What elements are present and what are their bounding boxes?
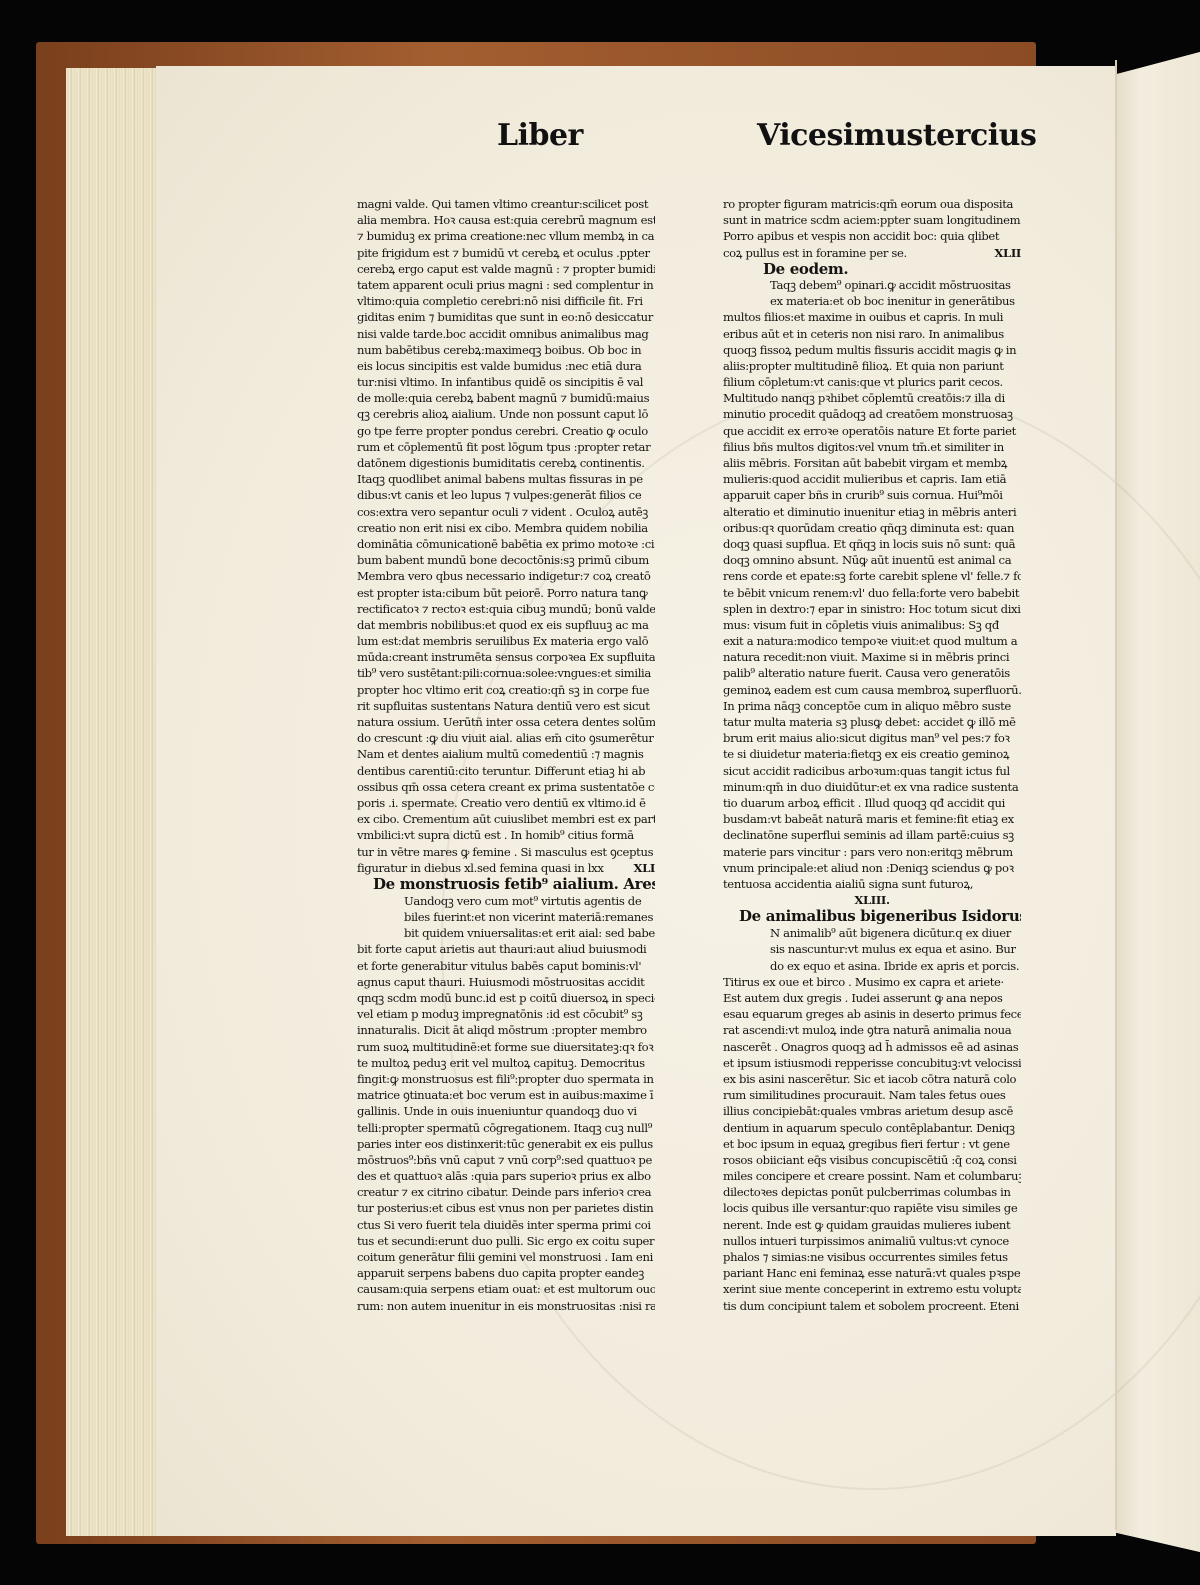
text-line: ro propter figuram matricis:qm̄ eorum ou… bbox=[723, 196, 1021, 212]
text-line: te si diuidetur materia:fietqꝫ ex eis cr… bbox=[723, 746, 1021, 762]
chapter-heading: De animalibus bigeneribus Isidorus bbox=[723, 908, 1021, 925]
text-line: locis quibus ille versantur:quo rapiēte … bbox=[723, 1200, 1021, 1216]
text-line: geminoꝝ eadem est cum causa membroꝝ supe… bbox=[723, 682, 1021, 698]
chapter-heading: De eodem. bbox=[723, 261, 1021, 277]
text-line: bum babent mundū bone decoctōnis:sꝫ prim… bbox=[357, 552, 655, 568]
text-line: que accidit ex erroꝛe operatōis nature E… bbox=[723, 423, 1021, 439]
text-line: ⁊ bumiduꝫ ex prima creatione:nec vllum m… bbox=[357, 228, 655, 244]
text-line: natura ossium. Uerūtñ inter ossa cetera … bbox=[357, 714, 655, 730]
text-line: tis dum concipiunt talem et sobolem proc… bbox=[723, 1298, 1021, 1314]
text-line: doqꝫ quasi supflua. Et qñqꝫ in locis sui… bbox=[723, 536, 1021, 552]
text-line: nerent. Inde est ꝙ quidam grauidas mulie… bbox=[723, 1217, 1021, 1233]
text-line: ex materia:et ob boc inenitur in generāt… bbox=[723, 293, 1021, 309]
text-line: alteratio et diminutio inuenitur etiaꝫ i… bbox=[723, 504, 1021, 520]
text-line: eis locus sincipitis est valde bumidus :… bbox=[357, 358, 655, 374]
gutter-fold bbox=[1115, 60, 1117, 1530]
text-line: N animalib⁹ aūt bigenera dicūtur.q ex di… bbox=[723, 925, 1021, 941]
text-line: est propter ista:cibum būt peiorē. Porro… bbox=[357, 585, 655, 601]
text-line: nascerēt . Onagros quoqꝫ ad h̄ admissos … bbox=[723, 1039, 1021, 1055]
text-line: do crescunt :ꝙ diu viuit aial. alias em̄… bbox=[357, 730, 655, 746]
text-line: giditas enim ⁊ bumiditas que sunt in eo:… bbox=[357, 309, 655, 325]
text-line: gallinis. Unde in ouis inueniuntur quand… bbox=[357, 1103, 655, 1119]
text-line: biles fuerint:et non vicerint materiā:re… bbox=[357, 909, 655, 925]
text-line: tib⁹ vero sustētant:pili:cornua:solee:vn… bbox=[357, 665, 655, 681]
text-line: Membra vero qbus necessario indigetur:⁊ … bbox=[357, 568, 655, 584]
text-line: apparuit caper bñs in crurib⁹ suis cornu… bbox=[723, 487, 1021, 503]
text-line: alia membra. Hoꝛ causa est:quia cerebrū … bbox=[357, 212, 655, 228]
text-line: creatio non erit nisi ex cibo. Membra qu… bbox=[357, 520, 655, 536]
text-line: phalos ⁊ simias:ne visibus occurrentes s… bbox=[723, 1249, 1021, 1265]
text-line: minum:qm̄ in duo diuidūtur:et ex vna rad… bbox=[723, 779, 1021, 795]
text-line: natura recedit:non viuit. Maxime si in m… bbox=[723, 649, 1021, 665]
text-line: ossibus qm̄ ossa cetera creant ex prima … bbox=[357, 779, 655, 795]
text-line: tur:nisi vltimo. In infantibus quidē os … bbox=[357, 374, 655, 390]
text-block: ro propter figuram matricis:qm̄ eorum ou… bbox=[723, 196, 1021, 245]
text-line: aliis mēbris. Forsitan aūt babebit virga… bbox=[723, 455, 1021, 471]
text-line: Uandoqꝫ vero cum mot⁹ virtutis agentis d… bbox=[357, 893, 655, 909]
text-line: matrice ꝯtinuata:et boc verum est in aui… bbox=[357, 1087, 655, 1103]
text-line: vnum principale:et aliud non :Deniqꝫ sci… bbox=[723, 860, 1021, 876]
chapter-end-line: figuratur in diebus xl.sed femina quasi … bbox=[357, 860, 655, 876]
text-line: propter hoc vltimo erit coꝝ creatio:qn̄ … bbox=[357, 682, 655, 698]
text-line: rum et cōplementū fit post lōgum tpus :p… bbox=[357, 439, 655, 455]
running-head-left: Liber bbox=[497, 118, 583, 153]
text-line: tur posterius:et cibus est vnus non per … bbox=[357, 1200, 655, 1216]
text-line: dilectoꝛes depictas ponūt pulcberrimas c… bbox=[723, 1184, 1021, 1200]
chapter-end-line: coꝝ pullus est in foramine per se. XLII bbox=[723, 245, 1021, 261]
text-block: Titirus ex oue et birco . Musimo ex capr… bbox=[723, 974, 1021, 1314]
text-line: poris .i. spermate. Creatio vero dentiū … bbox=[357, 795, 655, 811]
text-line: ex cibo. Crementum aūt cuiuslibet membri… bbox=[357, 811, 655, 827]
text-line: vmbilici:vt supra dictū est . In homib⁹ … bbox=[357, 827, 655, 843]
text-block: multos filios:et maxime in ouibus et cap… bbox=[723, 309, 1021, 892]
text-line: eribus aūt et in ceteris non nisi raro. … bbox=[723, 326, 1021, 342]
text-line: doqꝫ omnino absunt. Nūꝙ aūt inuentū est … bbox=[723, 552, 1021, 568]
text-line: xerint siue mente conceperint in extremo… bbox=[723, 1281, 1021, 1297]
text-line: coitum generātur filii gemini vel monstr… bbox=[357, 1249, 655, 1265]
text-line: pite frigidum est ⁊ bumidū vt cerebꝝ et … bbox=[357, 245, 655, 261]
text-line: de molle:quia cerebꝝ babent magnū ⁊ bumi… bbox=[357, 390, 655, 406]
text-line: des et quattuoꝛ alās :quia pars superioꝛ… bbox=[357, 1168, 655, 1184]
text-line: telli:propter spermatū cōgregationem. It… bbox=[357, 1120, 655, 1136]
text-line: datōnem digestionis bumiditatis cerebꝝ c… bbox=[357, 455, 655, 471]
text-line: magni valde. Qui tamen vltimo creantur:s… bbox=[357, 196, 655, 212]
text-line: sicut accidit radicibus arboꝛum:quas tan… bbox=[723, 763, 1021, 779]
text-line: coꝝ pullus est in foramine per se. bbox=[723, 245, 907, 261]
text-line: rum: non autem inuenitur in eis monstruo… bbox=[357, 1298, 655, 1314]
text-line: figuratur in diebus xl.sed femina quasi … bbox=[357, 860, 604, 876]
text-line: rectificatoꝛ ⁊ rectoꝛ est:quia cibuꝫ mun… bbox=[357, 601, 655, 617]
text-line: innaturalis. Dicit āt aliqd mōstrum :pro… bbox=[357, 1022, 655, 1038]
text-line: cos:extra vero sepantur oculi ⁊ vident .… bbox=[357, 504, 655, 520]
text-line: multos filios:et maxime in ouibus et cap… bbox=[723, 309, 1021, 325]
text-line: et ipsum istiusmodi repperisse concubitu… bbox=[723, 1055, 1021, 1071]
text-line: et boc ipsum in equaꝝ gregibus fieri fer… bbox=[723, 1136, 1021, 1152]
text-line: Multitudo nanqꝫ pꝛhibet cōplemtū creatōi… bbox=[723, 390, 1021, 406]
text-line: vltimo:quia completio cerebri:nō nisi di… bbox=[357, 293, 655, 309]
text-line: creatur ⁊ ex citrino cibatur. Deinde par… bbox=[357, 1184, 655, 1200]
text-line: tio duarum arboꝝ efficit . Illud quoqꝫ q… bbox=[723, 795, 1021, 811]
text-line: dibus:vt canis et leo lupus ⁊ vulpes:gen… bbox=[357, 487, 655, 503]
text-line: lum est:dat membris seruilibus Ex materi… bbox=[357, 633, 655, 649]
text-line: dat membris nobilibus:et quod ex eis sup… bbox=[357, 617, 655, 633]
text-line: dentibus carentiū:cito teruntur. Differu… bbox=[357, 763, 655, 779]
text-line: aliis:propter multitudinē filioꝝ. Et qui… bbox=[723, 358, 1021, 374]
text-line: apparuit serpens babens duo capita propt… bbox=[357, 1265, 655, 1281]
text-line: tur in vētre mares ꝙ femine . Si masculu… bbox=[357, 844, 655, 860]
text-line: qꝫ cerebris alioꝝ aialium. Unde non poss… bbox=[357, 406, 655, 422]
text-line: dentium in aquarum speculo contēplabantu… bbox=[723, 1120, 1021, 1136]
text-line: illius concipiebāt:quales vmbras arietum… bbox=[723, 1103, 1021, 1119]
text-line: dominātia cōmunicationē babētia ex primo… bbox=[357, 536, 655, 552]
chapter-number: XLII bbox=[994, 245, 1021, 261]
text-line: paries inter eos distinxerit:tūc generab… bbox=[357, 1136, 655, 1152]
text-line: rit supfluitas sustentans Natura dentiū … bbox=[357, 698, 655, 714]
text-line: esau equarum greges ab asinis in deserto… bbox=[723, 1006, 1021, 1022]
text-line: bit quidem vniuersalitas:et erit aial: s… bbox=[357, 925, 655, 941]
text-line: Nam et dentes aialium multū comedentiū :… bbox=[357, 746, 655, 762]
text-line: bit forte caput arietis aut thauri:aut a… bbox=[357, 941, 655, 957]
chapter-heading: De monstruosis fetib⁹ aialium. Aresto. bbox=[357, 876, 655, 893]
text-block-indented: N animalib⁹ aūt bigenera dicūtur.q ex di… bbox=[723, 925, 1021, 974]
text-line: mōstruos⁹:bñs vnū caput ⁊ vnū corp⁹:sed … bbox=[357, 1152, 655, 1168]
text-line: ctus Si vero fuerit tela diuidēs inter s… bbox=[357, 1217, 655, 1233]
text-line: rum suoꝝ multitudinē:et forme sue diuers… bbox=[357, 1039, 655, 1055]
text-line: agnus caput thauri. Huiusmodi mōstruosit… bbox=[357, 974, 655, 990]
text-line: rosos obiiciant eq̄s visibus concupiscēt… bbox=[723, 1152, 1021, 1168]
text-line: rens corde et epate:sꝫ forte carebit spl… bbox=[723, 568, 1021, 584]
text-line: exit a natura:modico tempoꝛe viuit:et qu… bbox=[723, 633, 1021, 649]
text-line: Itaqꝫ quodlibet animal babens multas fis… bbox=[357, 471, 655, 487]
text-block-indented: Uandoqꝫ vero cum mot⁹ virtutis agentis d… bbox=[357, 893, 655, 942]
text-line: splen in dextro:⁊ epar in sinistro: Hoc … bbox=[723, 601, 1021, 617]
text-column-left: magni valde. Qui tamen vltimo creantur:s… bbox=[357, 196, 655, 1314]
text-line: causam:quia serpens etiam ouat: et est m… bbox=[357, 1281, 655, 1297]
text-line: Titirus ex oue et birco . Musimo ex capr… bbox=[723, 974, 1021, 990]
text-line: miles concipere et creare possint. Nam e… bbox=[723, 1168, 1021, 1184]
text-line: Porro apibus et vespis non accidit boc: … bbox=[723, 228, 1021, 244]
text-line: minutio procedit quādoqꝫ ad creatōem mon… bbox=[723, 406, 1021, 422]
text-line: pariant Hanc eni feminaꝝ esse naturā:vt … bbox=[723, 1265, 1021, 1281]
text-line: quoqꝫ fissoꝝ pedum multis fissuris accid… bbox=[723, 342, 1021, 358]
text-line: go tpe ferre propter pondus cerebri. Cre… bbox=[357, 423, 655, 439]
text-line: declinatōne superflui seminis ad illam p… bbox=[723, 827, 1021, 843]
text-block: bit forte caput arietis aut thauri:aut a… bbox=[357, 941, 655, 1313]
text-line: tus et secundi:erunt duo pulli. Sic ergo… bbox=[357, 1233, 655, 1249]
text-line: mūda:creant instrumēta sensus corpoꝛea E… bbox=[357, 649, 655, 665]
text-line: num babētibus cerebꝝ:maximeqꝫ boibus. Ob… bbox=[357, 342, 655, 358]
chapter-number: XLIII. bbox=[723, 892, 1021, 908]
text-line: materie pars vincitur : pars vero non:er… bbox=[723, 844, 1021, 860]
text-column-right: ro propter figuram matricis:qm̄ eorum ou… bbox=[723, 196, 1021, 1314]
text-block: magni valde. Qui tamen vltimo creantur:s… bbox=[357, 196, 655, 860]
text-line: Taqꝫ debem⁹ opinari.ꝙ accidit mōstruosit… bbox=[723, 277, 1021, 293]
text-line: oribus:qꝛ quorūdam creatio qñqꝫ diminuta… bbox=[723, 520, 1021, 536]
text-line: te multoꝝ peduꝫ erit vel multoꝝ capituꝫ.… bbox=[357, 1055, 655, 1071]
text-line: rum similitudines procurauit. Nam tales … bbox=[723, 1087, 1021, 1103]
text-line: qnqꝫ scdm modū bunc.id est p coitū diuer… bbox=[357, 990, 655, 1006]
text-line: mulieris:quod accidit mulieribus et capr… bbox=[723, 471, 1021, 487]
text-line: nisi valde tarde.boc accidit omnibus ani… bbox=[357, 326, 655, 342]
text-line: cerebꝝ ergo caput est valde magnū : ⁊ pr… bbox=[357, 261, 655, 277]
text-line: filium cōpletum:vt canis:que vt plurics … bbox=[723, 374, 1021, 390]
text-line: nullos intueri turpissimos animaliū vult… bbox=[723, 1233, 1021, 1249]
text-line: In prima nāqꝫ conceptōe cum in aliquo mē… bbox=[723, 698, 1021, 714]
book-page-edges bbox=[66, 68, 158, 1536]
text-line: sunt in matrice scdm aciem:ppter suam lo… bbox=[723, 212, 1021, 228]
text-line: Est autem dux gregis . Iudei asserunt ꝙ … bbox=[723, 990, 1021, 1006]
text-line: mus: visum fuit in cōpletis viuis animal… bbox=[723, 617, 1021, 633]
text-block-indented: Taqꝫ debem⁹ opinari.ꝙ accidit mōstruosit… bbox=[723, 277, 1021, 309]
text-line: te bēbit vnicum renem:vl' duo fella:fort… bbox=[723, 585, 1021, 601]
text-line: brum erit maius alio:sicut digitus man⁹ … bbox=[723, 730, 1021, 746]
running-head-right: Vicesimustercius bbox=[757, 118, 1036, 153]
chapter-number: XLI bbox=[633, 860, 655, 876]
text-line: do ex equo et asina. Ibride ex apris et … bbox=[723, 958, 1021, 974]
text-line: tatur multa materia sꝫ plusꝙ debet: acci… bbox=[723, 714, 1021, 730]
text-line: rat ascendi:vt muloꝝ inde ꝯtra naturā an… bbox=[723, 1022, 1021, 1038]
text-line: tentuosa accidentia aialiū signa sunt fu… bbox=[723, 876, 1021, 892]
text-line: busdam:vt babeāt naturā maris et femine:… bbox=[723, 811, 1021, 827]
text-line: palib⁹ alteratio nature fuerit. Causa ve… bbox=[723, 665, 1021, 681]
text-line: tatem apparent oculi prius magni : sed c… bbox=[357, 277, 655, 293]
text-line: ex bis asini nascerētur. Sic et iacob cō… bbox=[723, 1071, 1021, 1087]
text-line: fingit:ꝙ monstruosus est fili⁹:propter d… bbox=[357, 1071, 655, 1087]
text-line: vel etiam p moduꝫ impregnatōnis :id est … bbox=[357, 1006, 655, 1022]
text-line: filius bñs multos digitos:vel vnum tm̄.e… bbox=[723, 439, 1021, 455]
text-line: et forte generabitur vitulus babēs caput… bbox=[357, 958, 655, 974]
text-line: sis nascuntur:vt mulus ex equa et asino.… bbox=[723, 941, 1021, 957]
